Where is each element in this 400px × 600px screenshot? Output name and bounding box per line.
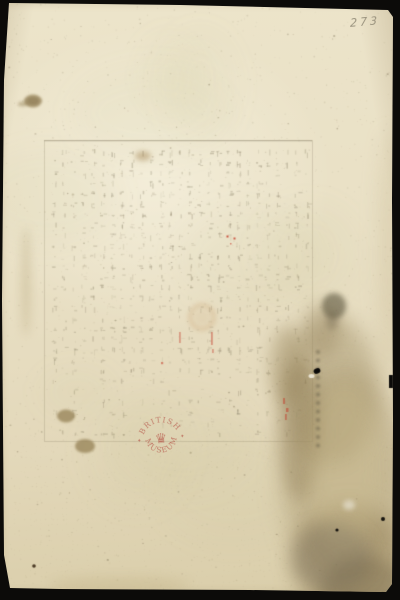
manuscript-page: 273 BRITISH MUSEUM ♛ ✦ ✦ (0, 0, 400, 600)
crown-icon: ♛ (154, 431, 168, 448)
parchment-texture-canvas (0, 0, 400, 600)
scan-mount-background: 273 BRITISH MUSEUM ♛ ✦ ✦ (0, 0, 400, 600)
stamp-left-mark-icon: ✦ (137, 438, 143, 444)
stamp-right-mark-icon: ✦ (180, 434, 186, 440)
british-museum-stamp: BRITISH MUSEUM ♛ ✦ ✦ (134, 413, 189, 464)
